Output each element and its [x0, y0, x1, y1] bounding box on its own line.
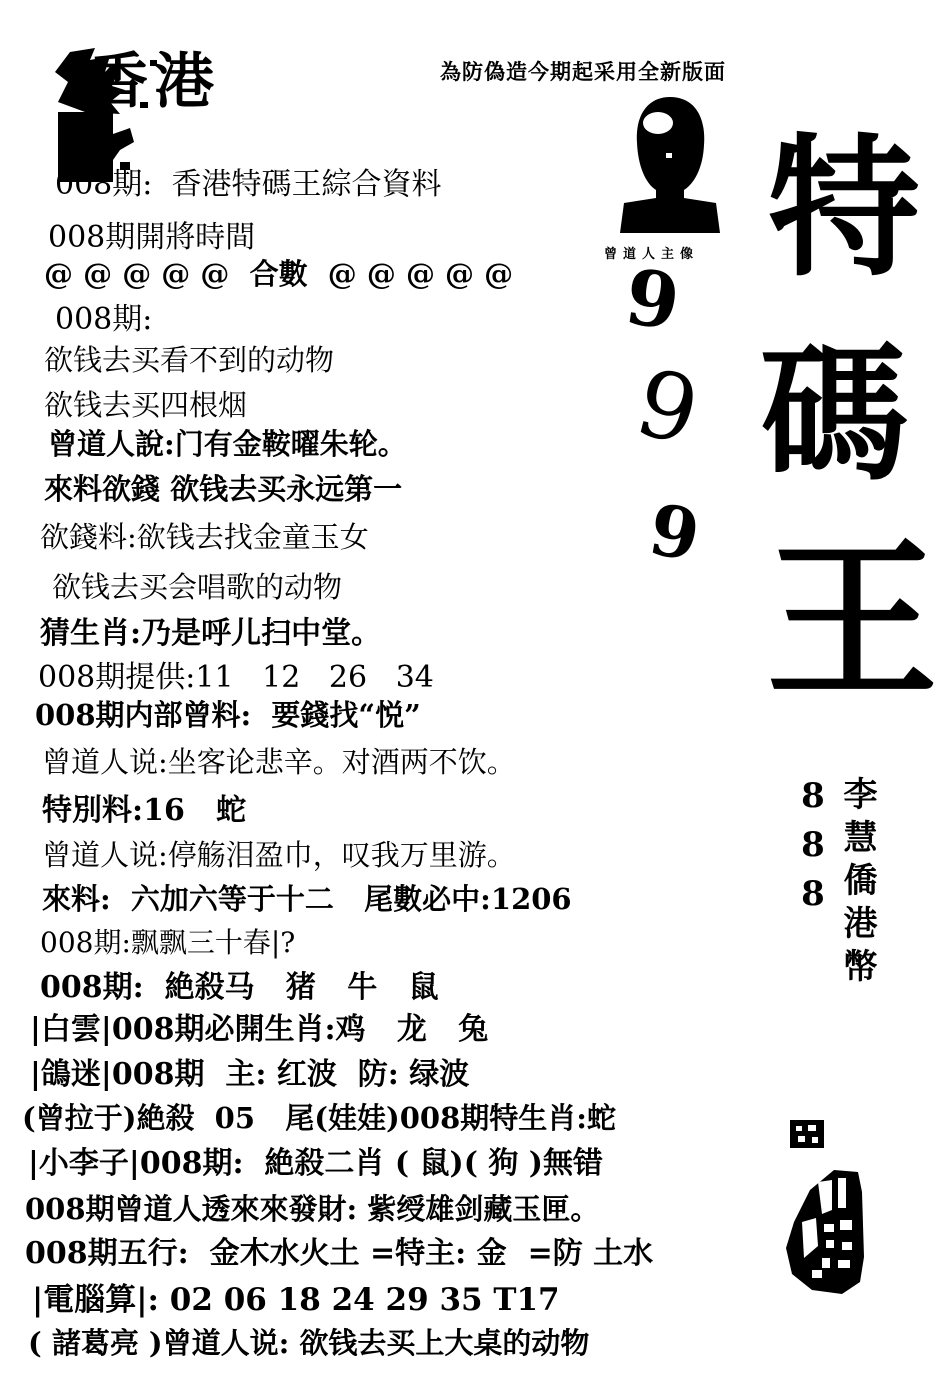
five-elements: 008期五行: 金木水火土 =特主: 金 =防 土水 [25, 1237, 653, 1272]
sum-row: @ @ @ @ @ 合數 @ @ @ @ @ [44, 258, 513, 291]
laoliao-tip: 來料欲錢 欲钱去买永远第一 [44, 473, 402, 506]
portrait-silhouette [598, 95, 743, 245]
anti-fake-notice: 為防偽造今期起采用全新版面 [440, 60, 726, 84]
zengdaoren-quote-2: 曾道人说:坐客论悲辛。对酒两不饮。 [42, 746, 516, 779]
issue-label: 008期: [55, 303, 152, 338]
money-tip-3: 欲钱去买会唱歌的动物 [52, 571, 342, 604]
masthead-char-wang: 王 [766, 535, 938, 707]
money-tip-2: 欲钱去买四根烟 [44, 389, 247, 422]
internal-liao: 008期内部曾料: 要錢找“悦” [35, 699, 421, 732]
gemi-wave: |鴿迷|008期 主: 红波 防: 绿波 [30, 1058, 469, 1093]
issue-title: 008期: 香港特碼王綜合資料 [55, 168, 441, 203]
price-column: 李慧僑港幣888 [793, 776, 882, 1116]
issue-verse: 008期:飘飘三十春|? [40, 927, 295, 959]
draw-time: 008期開將時間 [48, 221, 255, 256]
xiaolizi-kill: |小李子|008期: 絶殺二肖 ( 鼠)( 狗 )無错 [28, 1147, 603, 1182]
computer-numbers: |電腦算|: 02 06 18 24 29 35 T17 [32, 1283, 560, 1319]
digit-9-second: 9 [628, 356, 707, 459]
issue-kill-zodiac: 008期: 絶殺马 猪 牛 鼠 [40, 971, 439, 1006]
zodiac-guess: 猜生肖:乃是呼儿扫中堂。 [40, 617, 381, 652]
zengdaoren-quote-1: 曾道人說:门有金鞍曜朱轮。 [48, 428, 407, 461]
money-liao-tip: 欲錢料:欲钱去找金童玉女 [40, 521, 369, 554]
region-title: 香港 [88, 48, 220, 117]
digit-9-first: 9 [621, 259, 684, 342]
facai-quote: 008期曾道人透來來發財: 紫绶雄剑藏玉匣。 [25, 1193, 599, 1226]
laoliao-math: 來料: 六加六等于十二 尾數必中:1206 [42, 883, 572, 916]
seal-stamp [782, 1162, 882, 1332]
special-liao: 特別料:16 蛇 [42, 794, 246, 829]
baiyun-zodiac: |白雲|008期必開生肖:鸡 龙 兔 [30, 1013, 488, 1048]
digit-9-third: 9 [644, 494, 704, 571]
issue-numbers: 008期提供:11 12 26 34 [38, 661, 434, 696]
zengdaoren-quote-3: 曾道人说:停觞泪盈巾，叹我万里游。 [42, 839, 516, 872]
zhugeliang-quote: ( 諸葛亮 )曾道人说: 欲钱去买上大桌的动物 [28, 1327, 589, 1360]
masthead-char-ma: 碼 [760, 340, 908, 488]
masthead-char-te: 特 [768, 132, 920, 284]
zenglayu-kill: (曾拉于)絶殺 05 尾(娃娃)008期特生肖:蛇 [22, 1102, 616, 1135]
money-tip-1: 欲钱去买看不到的动物 [44, 344, 334, 377]
scanned-tip-sheet: 香港 為防偽造今期起采用全新版面 曾道人主像 9 9 9 特 碼 王 李慧僑港幣… [0, 0, 940, 1391]
small-stamp-glyph [788, 1118, 828, 1152]
